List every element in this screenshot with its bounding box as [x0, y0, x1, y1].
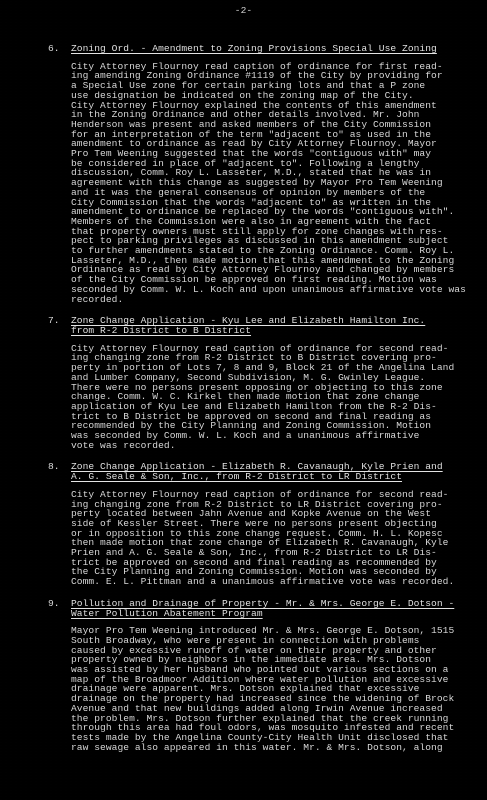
item-number: 6.: [48, 44, 60, 54]
item-heading: Zone Change Application - Elizabeth R. C…: [71, 462, 467, 481]
item-body: City Attorney Flournoy read caption of o…: [71, 62, 467, 305]
item-number: 8.: [48, 462, 60, 472]
item-heading: Pollution and Drainage of Property - Mr.…: [71, 599, 467, 618]
item-heading: Zoning Ord. - Amendment to Zoning Provis…: [71, 44, 467, 54]
minutes-content: 6. Zoning Ord. - Amendment to Zoning Pro…: [0, 44, 487, 764]
item-body: City Attorney Flournoy read caption of o…: [71, 344, 467, 451]
item-number: 9.: [48, 599, 60, 609]
agenda-item-7: 7. Zone Change Application - Kyu Lee and…: [0, 316, 487, 450]
scanned-minutes-page: -2- 6. Zoning Ord. - Amendment to Zoning…: [0, 0, 487, 800]
agenda-item-6: 6. Zoning Ord. - Amendment to Zoning Pro…: [0, 44, 487, 304]
agenda-item-8: 8. Zone Change Application - Elizabeth R…: [0, 462, 487, 586]
item-body: Mayor Pro Tem Weening introduced Mr. & M…: [71, 626, 467, 752]
item-body: City Attorney Flournoy read caption of o…: [71, 490, 467, 587]
item-number: 7.: [48, 316, 60, 326]
page-number: -2-: [0, 6, 487, 16]
item-heading: Zone Change Application - Kyu Lee and El…: [71, 316, 467, 335]
agenda-item-9: 9. Pollution and Drainage of Property - …: [0, 599, 487, 753]
